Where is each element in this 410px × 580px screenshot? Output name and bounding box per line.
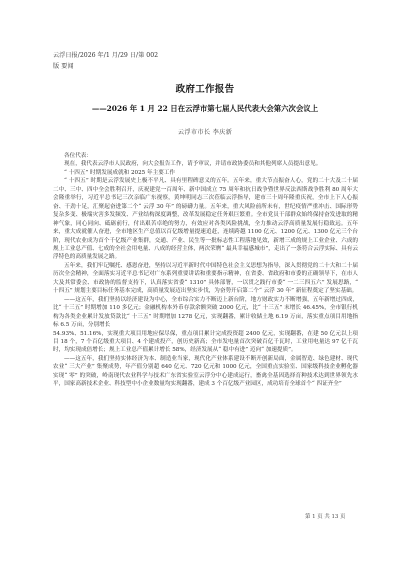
- source-info: 云浮日报/2026 年/1 月/29 日/第 002 版 要闻: [53, 51, 183, 72]
- paragraph: ——这五年，我们坚持实体经济为本、制造业当家，现代化产业体系建设不断开创新局面，…: [53, 355, 358, 389]
- document-subtitle: ——2026 年 1 月 22 日在云浮市第七届人民代表大会第六次会议上: [0, 103, 410, 114]
- document-page: 云浮日报/2026 年/1 月/29 日/第 002 版 要闻 政府工作报告 —…: [0, 0, 410, 580]
- document-body: 各位代表： 现在，我代表云浮市人民政府，向大会报告工作，请予审议，并请市政协委员…: [53, 152, 358, 389]
- source-section: 版 要闻: [53, 62, 183, 73]
- document-title: 政府工作报告: [0, 81, 410, 95]
- paragraph: “ 十四五” 时期是云浮发展史上极不平凡、具有里程碑意义的五年。五年来，重大节点…: [53, 177, 358, 262]
- source-line: 云浮日报/2026 年/1 月/29 日/第 002: [53, 51, 183, 62]
- paragraph: 五年来，我们牢记嘱托、感恩奋进，坚持以习近平新时代中国特色社会主义思想为指导，深…: [53, 262, 358, 296]
- paragraph-continued: 54.93%、51.16%，实现重大项目用地应保尽保，重点项目累计完成投资超 2…: [53, 330, 358, 355]
- section-heading: “ 十四五” 时期发展成就和 2025 年主要工作: [53, 169, 358, 177]
- document-author: 云浮市市长 李庆新: [0, 127, 410, 136]
- paragraph: ——这五年，我们坚持以经济建设为中心，全市综合实力不断迈上新台阶，地方财政实力不…: [53, 296, 358, 330]
- salutation: 各位代表：: [53, 152, 358, 160]
- paragraph: 现在，我代表云浮市人民政府，向大会报告工作，请予审议，并请市政协委员和其他列席人…: [53, 160, 358, 168]
- page-indicator: 第 1 页 共 13 页: [305, 512, 345, 520]
